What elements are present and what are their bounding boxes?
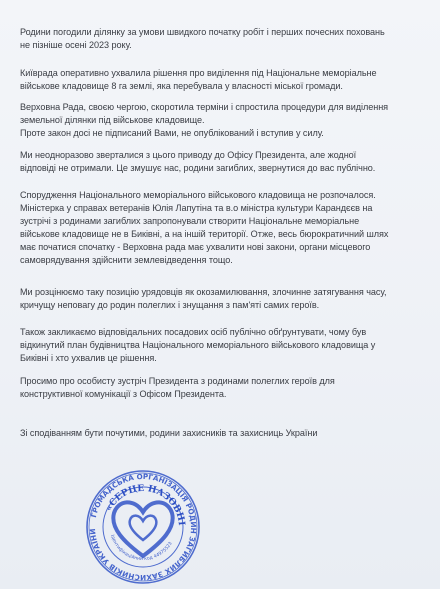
- paragraph-4: Ми неодноразово зверталися з цього приво…: [20, 149, 430, 175]
- text-line: має початися спочатку - Верховна рада ма…: [20, 241, 430, 254]
- text-line: зустрічі з родинами загиблих запропонува…: [20, 215, 430, 228]
- organization-stamp: ГРОМАДСЬКА ОРГАНІЗАЦІЯ РОДИН ЗАГИБЛИХ ЗА…: [84, 468, 202, 586]
- paragraph-8: Просимо про особисту зустріч Президента …: [20, 375, 430, 401]
- text-line: кричущу неповагу до родин полеглих і зну…: [20, 299, 430, 312]
- text-line: Верховна Рада, своєю чергою, скоротила т…: [20, 101, 430, 114]
- paragraph-2: Київрада оперативно ухвалила рішення про…: [20, 67, 430, 93]
- text-line: Також закликаємо відповідальних посадови…: [20, 326, 430, 339]
- text-line: Ми неодноразово зверталися з цього приво…: [20, 149, 430, 162]
- paragraph-6: Ми розцінюємо таку позицію урядовців як …: [20, 286, 430, 312]
- text-line: військове кладовище не в Биківні, а на і…: [20, 228, 430, 241]
- paragraph-5: Спорудження Національного меморіального …: [20, 189, 430, 267]
- text-line: військове кладовище 8 га землі, яка пере…: [20, 80, 430, 93]
- text-line: Ми розцінюємо таку позицію урядовців як …: [20, 286, 430, 299]
- signature-line: Зі сподіванням бути почутими, родини зах…: [20, 427, 430, 440]
- text-line: не пізніше осені 2023 року.: [20, 39, 430, 52]
- text-line: самоврядування здійснити землевідведення…: [20, 254, 430, 267]
- text-line: Київрада оперативно ухвалила рішення про…: [20, 67, 430, 80]
- text-line: Зі сподіванням бути почутими, родини зах…: [20, 427, 430, 440]
- document-page: Родини погодили ділянку за умови швидког…: [0, 0, 440, 589]
- text-line: Биківні і хто ухвалив це рішення.: [20, 352, 430, 365]
- text-line: Проте закон досі не підписаний Вами, не …: [20, 127, 430, 140]
- text-line: Міністерка у справах ветеранів Юлія Лапу…: [20, 202, 430, 215]
- paragraph-7: Також закликаємо відповідальних посадови…: [20, 326, 430, 365]
- paragraph-1: Родини погодили ділянку за умови швидког…: [20, 26, 430, 52]
- text-line: відповіді не отримали. Це змушує нас, ро…: [20, 162, 430, 175]
- text-line: відкинутий план будівництва Національног…: [20, 339, 430, 352]
- text-line: конструктивної комунікації з Офісом През…: [20, 388, 430, 401]
- paragraph-3: Верховна Рада, своєю чергою, скоротила т…: [20, 101, 430, 140]
- text-line: Родини погодили ділянку за умови швидког…: [20, 26, 430, 39]
- text-line: Просимо про особисту зустріч Президента …: [20, 375, 430, 388]
- text-line: Спорудження Національного меморіального …: [20, 189, 430, 202]
- stamp-seal-icon: ГРОМАДСЬКА ОРГАНІЗАЦІЯ РОДИН ЗАГИБЛИХ ЗА…: [84, 468, 202, 586]
- text-line: земельної ділянки під військове кладовищ…: [20, 114, 430, 127]
